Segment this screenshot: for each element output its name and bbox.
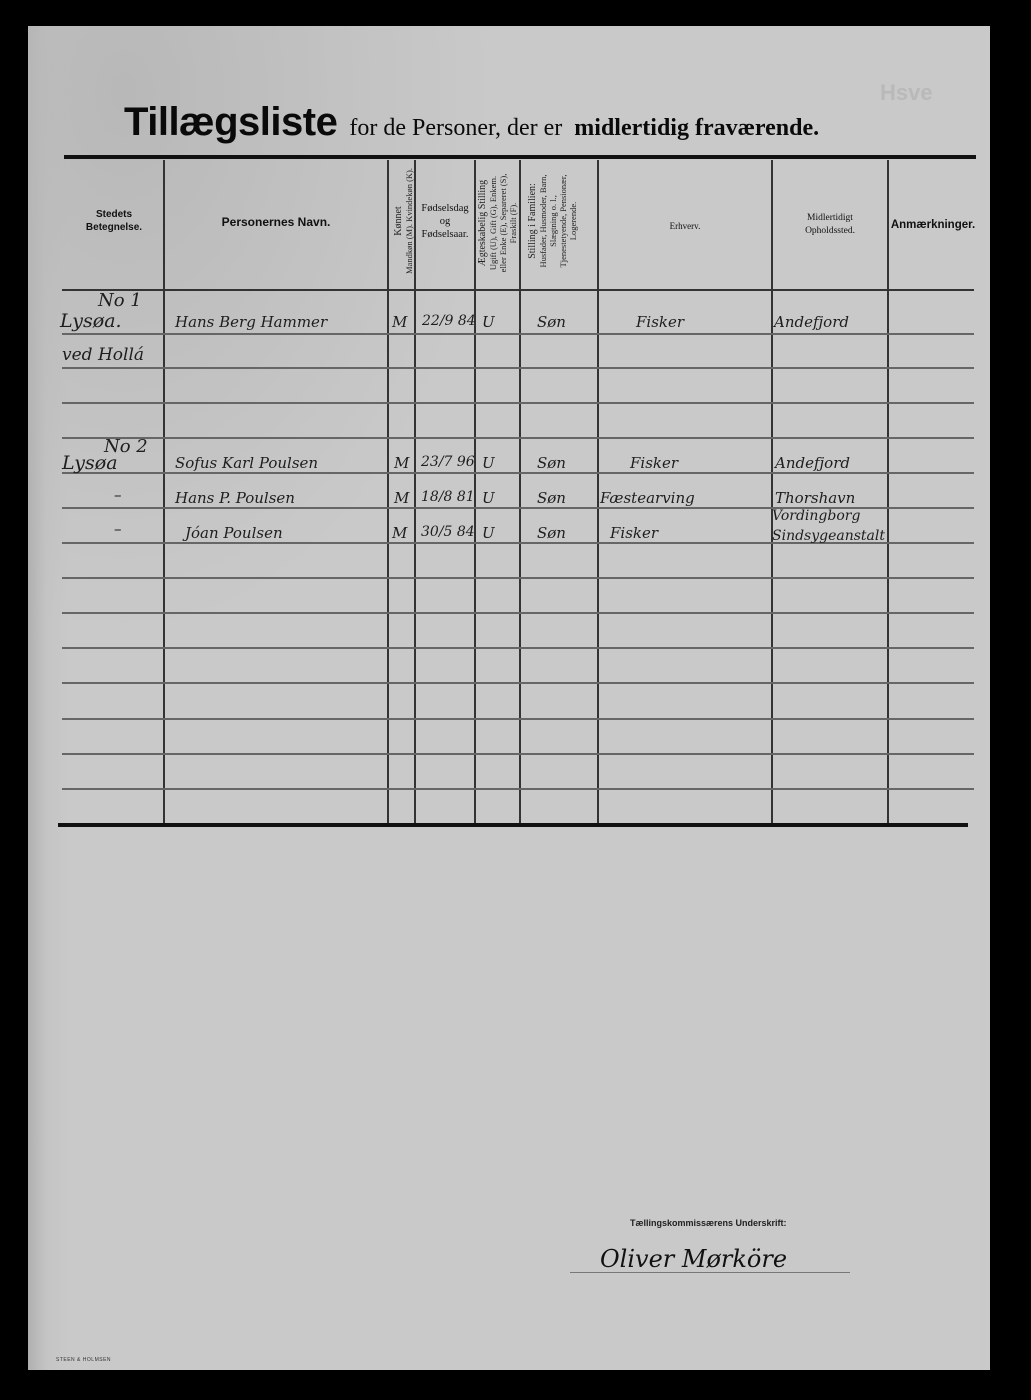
col-divider bbox=[597, 160, 599, 823]
header-fodsel-line3: Fødselsaar. bbox=[416, 228, 474, 241]
header-stedets-line1: Stedets bbox=[66, 208, 162, 221]
person-sex: M bbox=[394, 454, 409, 472]
signature-label: Tællingskommissærens Underskrift: bbox=[630, 1218, 787, 1228]
person-name: Hans Berg Hammer bbox=[175, 313, 327, 331]
header-top-rule bbox=[64, 155, 976, 159]
person-name: Jóan Poulsen bbox=[185, 524, 283, 542]
row-line bbox=[62, 402, 974, 404]
household-1-place: Lysøa. bbox=[60, 310, 122, 332]
household-1-place-note: ved Hollá bbox=[62, 345, 144, 365]
form-title: Tillægsliste for de Personer, der er mid… bbox=[124, 100, 819, 145]
signature: Oliver Mørköre bbox=[600, 1245, 787, 1273]
header-fam-line1: Stilling i Familien: bbox=[528, 162, 538, 280]
header-fodsel-line2: og bbox=[416, 215, 474, 228]
signature-line bbox=[570, 1272, 850, 1273]
printer-mark: STEEN & HOLMSEN bbox=[56, 1357, 111, 1363]
header-fam-line2: Husfader, Husmoder, Barn, bbox=[538, 162, 548, 280]
header-ophold-line1: Midlertidigt bbox=[773, 212, 887, 225]
header-kjon-line2: Mandkøn (M). Kvindekøn (K). bbox=[404, 162, 414, 280]
person-sex: M bbox=[394, 489, 409, 507]
header-erhverv: Erhverv. bbox=[599, 220, 771, 233]
person-sex: M bbox=[392, 313, 407, 331]
header-bottom-rule bbox=[62, 289, 974, 291]
person-family: Søn bbox=[537, 489, 566, 507]
col-divider bbox=[519, 160, 521, 823]
person-family: Søn bbox=[537, 524, 566, 542]
corner-stamp: Hsve bbox=[880, 80, 933, 106]
row-line bbox=[62, 753, 974, 755]
header-kjon: Kønnet Mandkøn (M). Kvindekøn (K). bbox=[394, 162, 414, 280]
person-family: Søn bbox=[537, 454, 566, 472]
row-line bbox=[62, 612, 974, 614]
header-ophold-line2: Opholdssted. bbox=[773, 225, 887, 238]
header-navn: Personernes Navn. bbox=[165, 216, 387, 229]
row-line bbox=[62, 472, 974, 474]
col-divider bbox=[387, 160, 389, 823]
title-sub-2: midlertidig fraværende. bbox=[574, 115, 819, 141]
row-line bbox=[62, 788, 974, 790]
header-fam-line4: Tjenestetyende, Pensionær, bbox=[558, 162, 568, 280]
person-marital: U bbox=[482, 454, 495, 472]
header-fam-line5: Logerende. bbox=[568, 162, 578, 280]
person-occupation: Fisker bbox=[630, 454, 678, 472]
col-divider bbox=[414, 160, 416, 823]
household-2-place: Lysøa bbox=[62, 452, 118, 474]
person-marital: U bbox=[482, 489, 495, 507]
row-line bbox=[62, 437, 974, 439]
header-fodsel-line1: Fødselsdag bbox=[416, 202, 474, 215]
col-divider bbox=[771, 160, 773, 823]
person-place-ditto: – bbox=[114, 520, 122, 538]
person-stay: Andefjord bbox=[775, 454, 850, 472]
person-occupation: Fæstearving bbox=[600, 489, 695, 507]
header-aeg-line1: Ægteskabelig Stilling bbox=[478, 162, 488, 284]
header-aeg-line2: Ugift (U), Gift (G), Enkem. bbox=[488, 162, 498, 284]
row-line bbox=[62, 718, 974, 720]
person-marital: U bbox=[482, 313, 495, 331]
row-line bbox=[62, 333, 974, 335]
title-sub-1: for de Personer, der er bbox=[349, 115, 562, 141]
header-kjon-line1: Kønnet bbox=[394, 162, 404, 280]
header-stedets-line2: Betegnelse. bbox=[66, 221, 162, 234]
person-born: 30/5 84 bbox=[421, 524, 475, 540]
header-stedets: Stedets Betegnelse. bbox=[66, 208, 162, 234]
col-divider bbox=[887, 160, 889, 823]
person-sex: M bbox=[392, 524, 407, 542]
table-bottom-rule bbox=[58, 823, 968, 827]
title-main: Tillægsliste bbox=[124, 100, 337, 144]
row-line bbox=[62, 682, 974, 684]
person-occupation: Fisker bbox=[610, 524, 658, 542]
row-line bbox=[62, 367, 974, 369]
person-family: Søn bbox=[537, 313, 566, 331]
person-place-ditto: – bbox=[114, 486, 122, 504]
header-aeg-line4: Fraskilt (F). bbox=[508, 162, 518, 284]
person-marital: U bbox=[482, 524, 495, 542]
header-aeg-line3: eller Enke (E), Separeret (S), bbox=[498, 162, 508, 284]
row-line bbox=[62, 577, 974, 579]
header-anmaerkninger: Anmærkninger. bbox=[888, 219, 978, 232]
person-name: Sofus Karl Poulsen bbox=[175, 454, 318, 472]
person-born: 23/7 96 bbox=[421, 454, 475, 470]
header-familie: Stilling i Familien: Husfader, Husmoder,… bbox=[528, 162, 578, 280]
person-born: 22/9 84 bbox=[422, 313, 476, 329]
household-1-number: No 1 bbox=[98, 290, 142, 311]
person-stay: Andefjord bbox=[774, 313, 849, 331]
person-stay: Thorshavn bbox=[775, 489, 855, 507]
row-line bbox=[62, 647, 974, 649]
person-occupation: Fisker bbox=[636, 313, 684, 331]
header-fodsel: Fødselsdag og Fødselsaar. bbox=[416, 202, 474, 241]
person-stay-line2: Sindsygeanstalt bbox=[772, 528, 885, 544]
person-born: 18/8 81 bbox=[421, 489, 475, 505]
person-stay-line1: Vordingborg bbox=[772, 508, 860, 524]
header-opholdssted: Midlertidigt Opholdssted. bbox=[773, 212, 887, 238]
col-divider bbox=[163, 160, 165, 823]
header-aegteskab: Ægteskabelig Stilling Ugift (U), Gift (G… bbox=[478, 162, 518, 284]
header-fam-line3: Slægtning o. l., bbox=[548, 162, 558, 280]
person-name: Hans P. Poulsen bbox=[175, 489, 295, 507]
